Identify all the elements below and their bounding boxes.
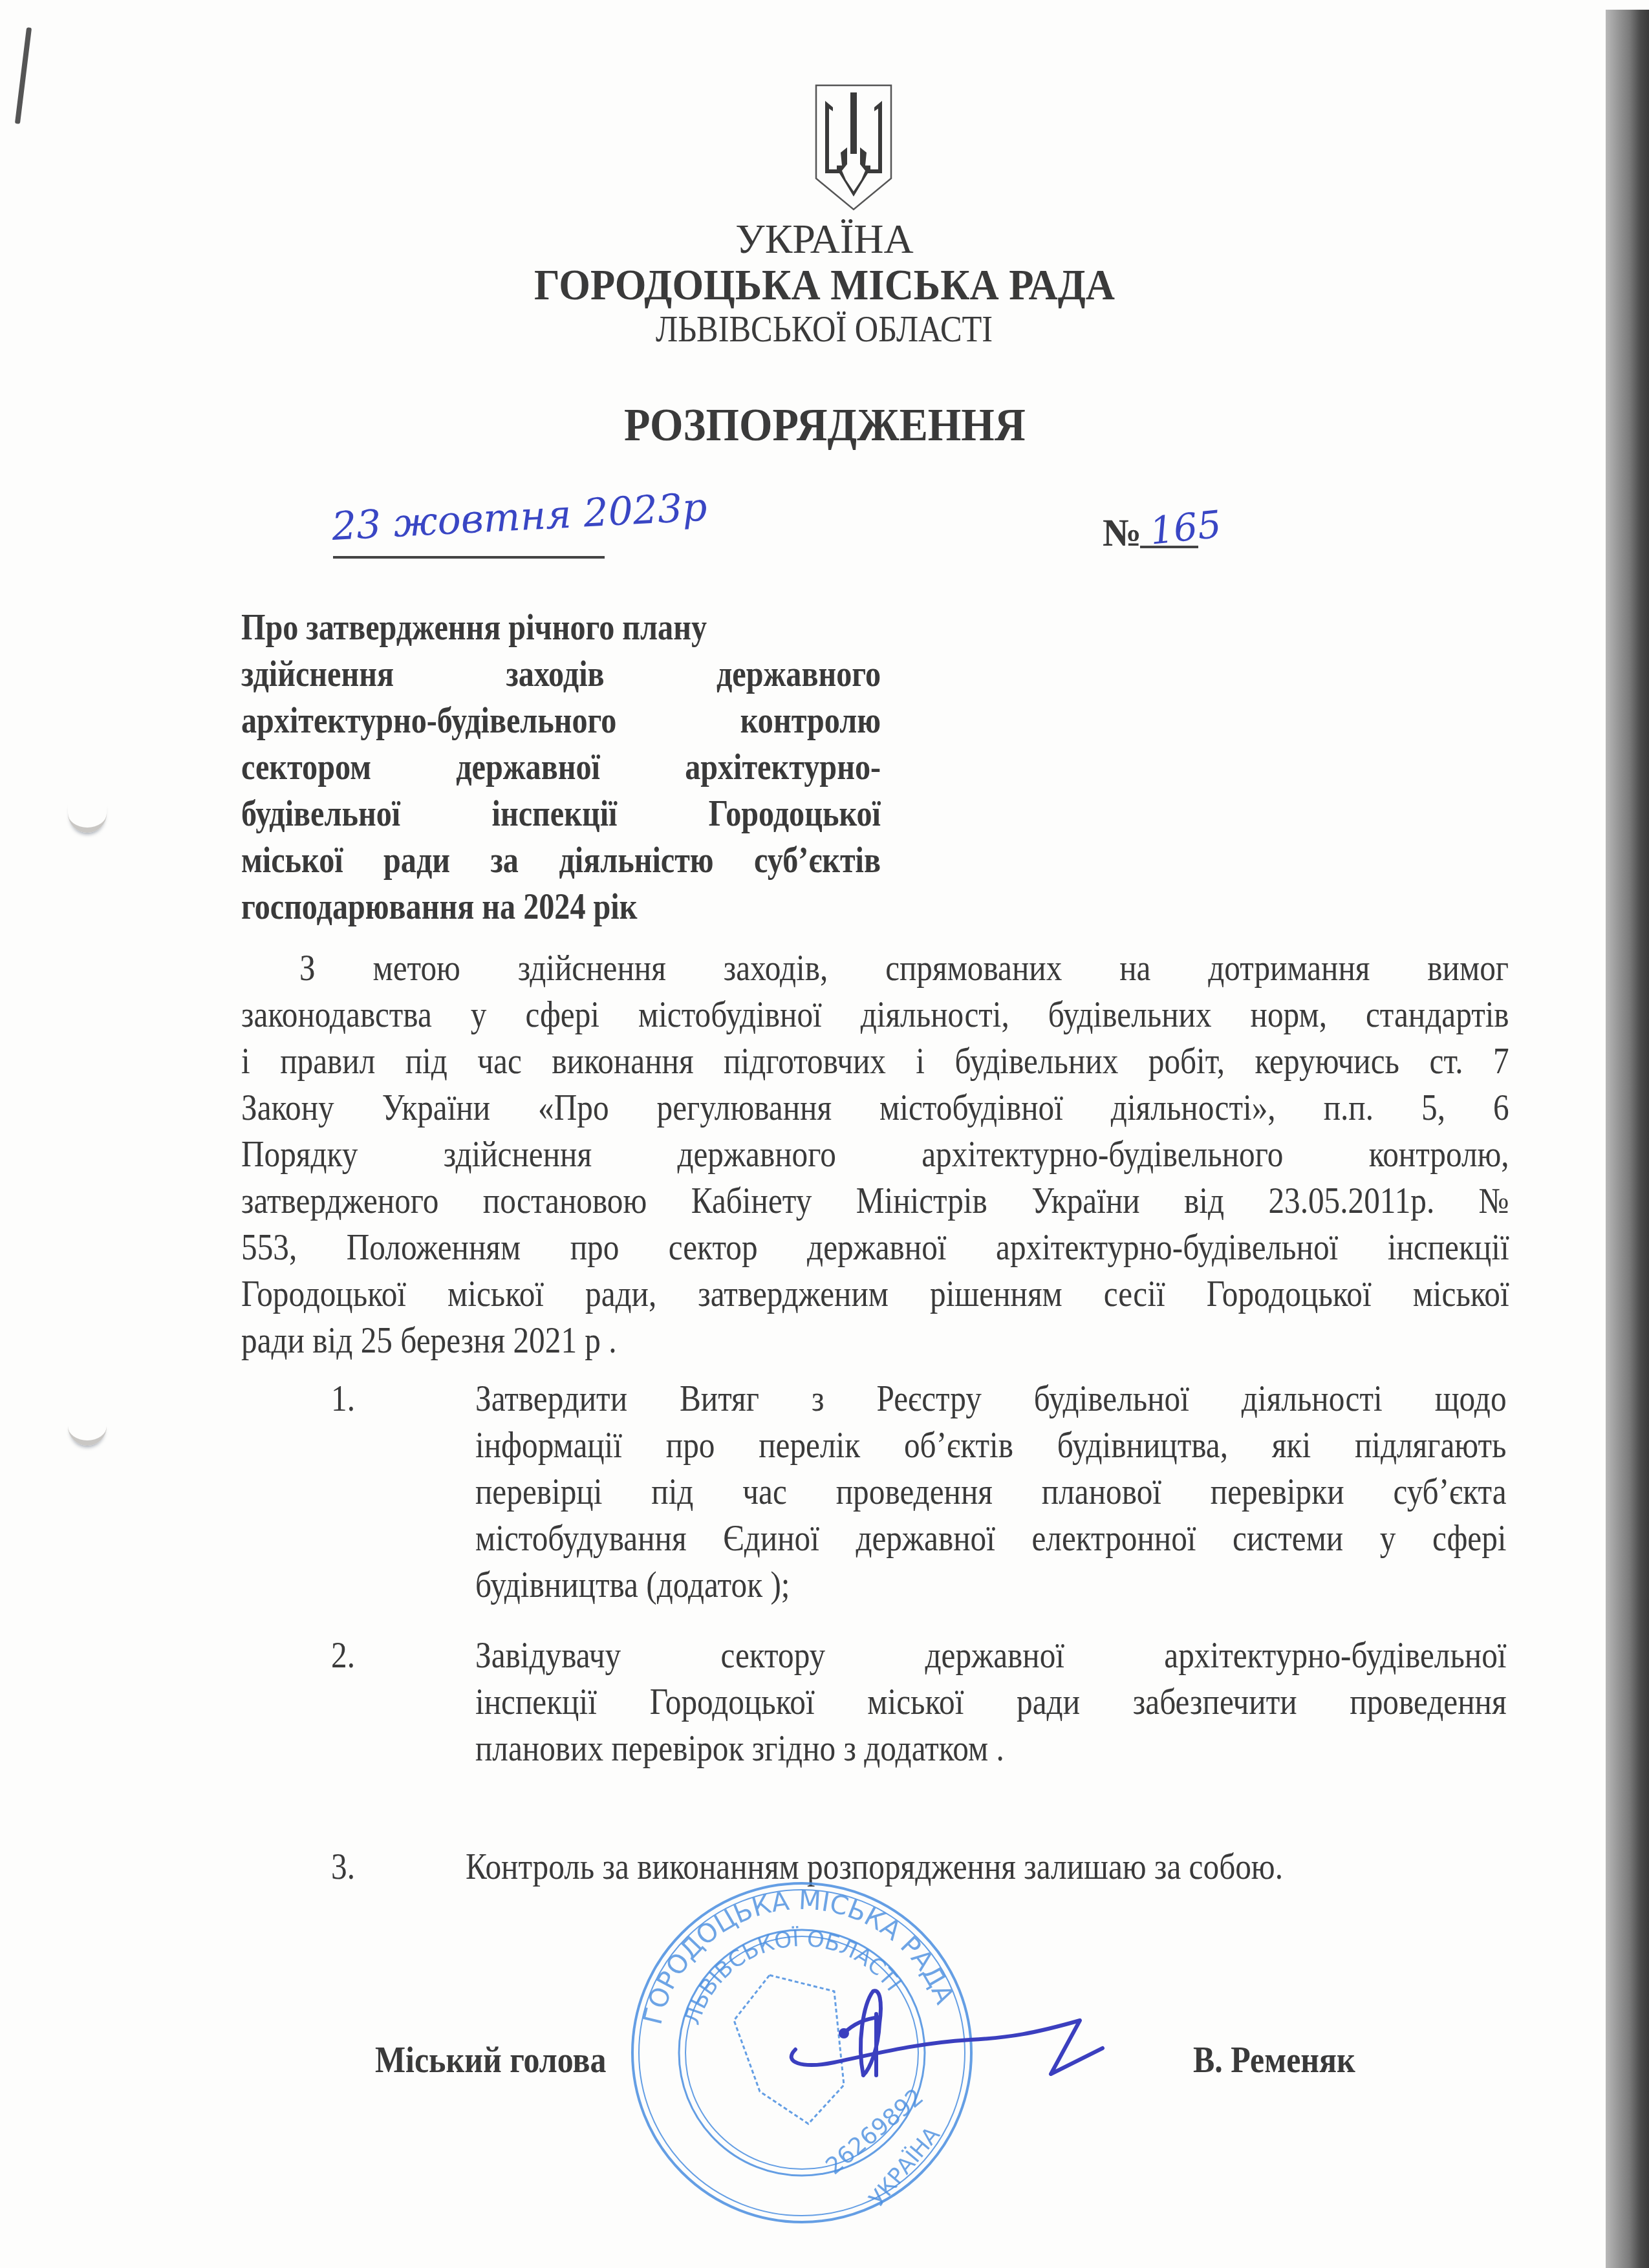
- preamble-line: затвердженого постановою Кабінету Мініст…: [241, 1178, 1509, 1225]
- item-line: інформації про перелік об’єктів будівниц…: [475, 1422, 1507, 1469]
- subject-line: будівельної інспекції Городоцької: [241, 791, 881, 837]
- punch-hole-mark: [68, 1422, 107, 1446]
- subject-line: архітектурно-будівельного контролю: [241, 698, 881, 744]
- signer-position: Міський голова: [375, 2037, 606, 2083]
- handwritten-number: 165: [1148, 502, 1223, 553]
- number-label: №: [1103, 511, 1141, 555]
- subject-line: міської ради за діяльністю суб’єктів: [241, 837, 881, 884]
- region-text: ЛЬВІВСЬКОЇ ОБЛАСТІ: [656, 309, 993, 350]
- subject-line: сектором державної архітектурно-: [241, 744, 881, 791]
- pen-mark: [15, 27, 32, 124]
- item-number: 2.: [331, 1632, 355, 1679]
- document-type-title: РОЗПОРЯДЖЕННЯ: [0, 398, 1649, 452]
- handwritten-signature: [776, 1978, 1177, 2146]
- item-line: Затвердити Витяг з Реєстру будівельної д…: [475, 1376, 1507, 1422]
- preamble-line: і правил під час виконання підготовчих і…: [241, 1038, 1509, 1085]
- preamble-line: законодавства у сфері містобудівної діял…: [241, 992, 1509, 1038]
- preamble-line: ради від 25 березня 2021 р .: [241, 1318, 1509, 1364]
- preamble-line: 553, Положенням про сектор державної арх…: [241, 1225, 1509, 1271]
- preamble-paragraph: З метою здійснення заходів, спрямованих …: [241, 945, 1509, 1364]
- preamble-line: Закону України «Про регулювання містобуд…: [241, 1085, 1509, 1131]
- subject-line: господарювання на 2024 рік: [241, 884, 881, 930]
- item-line: Завідувачу сектору державної архітектурн…: [475, 1632, 1507, 1679]
- country-text: УКРАЇНА: [735, 215, 913, 263]
- country-name: УКРАЇНА: [0, 215, 1649, 263]
- preamble-line: Городоцької міської ради, затвердженим р…: [241, 1271, 1509, 1318]
- preamble-line: Порядку здійснення державного архітектур…: [241, 1131, 1509, 1178]
- preamble-line: З метою здійснення заходів, спрямованих …: [299, 945, 1509, 992]
- subject-line: Про затвердження річного плану: [241, 604, 881, 651]
- punch-hole-mark: [68, 802, 107, 833]
- signer-name: В. Ременяк: [1193, 2037, 1355, 2083]
- subject-line: здійснення заходів державного: [241, 651, 881, 698]
- item-line: перевірці під час проведення планової пе…: [475, 1469, 1507, 1515]
- item-line: інспекції Городоцької міської ради забез…: [475, 1679, 1507, 1726]
- region-name: ЛЬВІВСЬКОЇ ОБЛАСТІ: [0, 309, 1649, 350]
- council-name: ГОРОДОЦЬКА МІСЬКА РАДА: [0, 259, 1649, 310]
- subject-block: Про затвердження річного плану здійсненн…: [241, 604, 894, 930]
- item-line: будівництва (додаток );: [475, 1562, 1507, 1609]
- coat-of-arms-icon: [814, 83, 894, 212]
- item-number: 1.: [331, 1376, 355, 1422]
- item-line: планових перевірок згідно з додатком .: [475, 1726, 1507, 1772]
- item-number: 3.: [331, 1844, 355, 1890]
- council-text: ГОРОДОЦЬКА МІСЬКА РАДА: [534, 259, 1115, 310]
- doc-type-text: РОЗПОРЯДЖЕННЯ: [624, 398, 1026, 452]
- item-line: містобудування Єдиної державної електрон…: [475, 1515, 1507, 1562]
